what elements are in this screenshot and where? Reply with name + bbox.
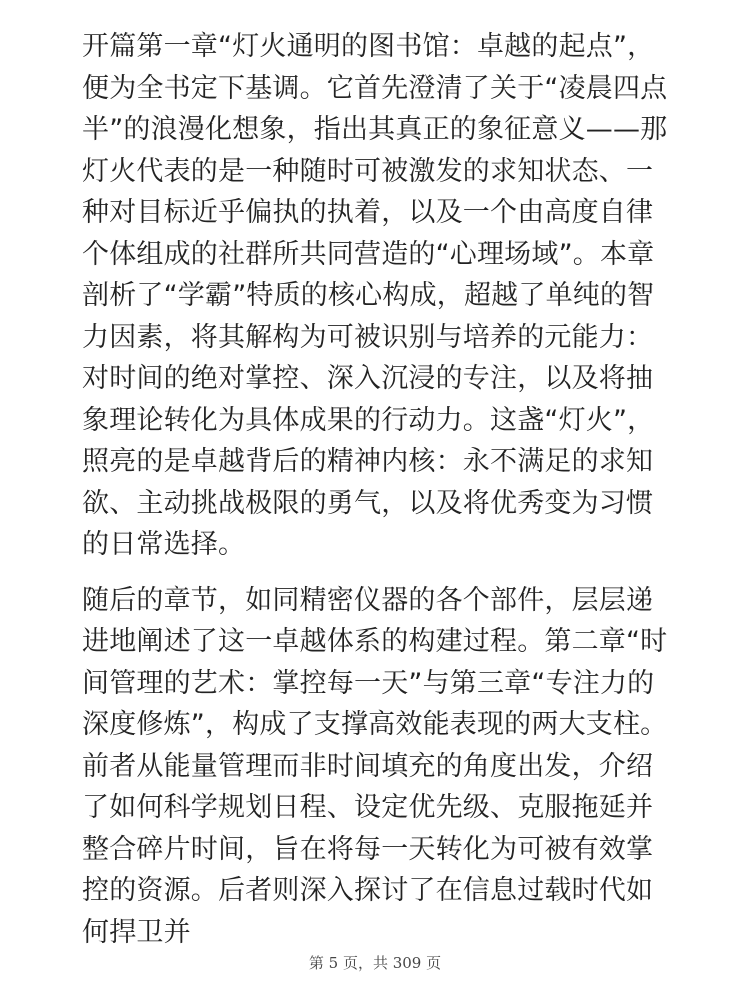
document-page: 开篇第一章“灯火通明的图书馆：卓越的起点”，便为全书定下基调。它首先澄清了关于“…: [82, 26, 674, 967]
paragraph-chapter-one: 开篇第一章“灯火通明的图书馆：卓越的起点”，便为全书定下基调。它首先澄清了关于“…: [82, 26, 674, 566]
page-number-indicator: 第 5 页，共 309 页: [0, 952, 750, 973]
paragraph-following-chapters: 随后的章节，如同精密仪器的各个部件，层层递进地阐述了这一卓越体系的构建过程。第二…: [82, 580, 674, 954]
